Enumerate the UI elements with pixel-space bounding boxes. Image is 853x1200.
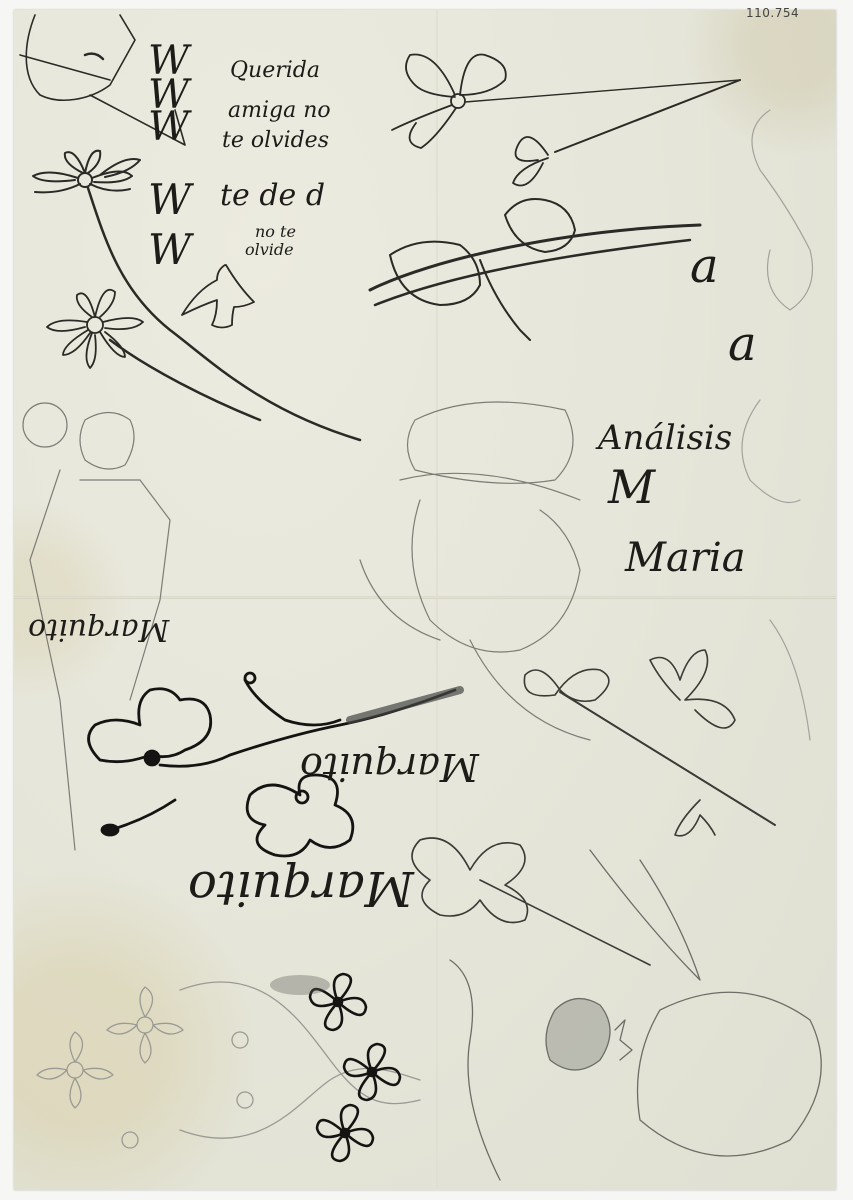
inscription-inverted-marquito: Marquito bbox=[300, 745, 479, 789]
daisy-flower-icon bbox=[47, 290, 260, 420]
inscription-te-olvides: te olvides bbox=[222, 128, 329, 153]
pencil-scroll-icon bbox=[742, 110, 813, 740]
calligraphy-a: a bbox=[728, 316, 757, 372]
inscription-inverted-marquito: Marquito bbox=[28, 612, 169, 647]
calligraphy-m: M bbox=[608, 460, 655, 514]
drawings-layer bbox=[0, 0, 853, 1200]
bow-ribbon-icon bbox=[392, 55, 740, 186]
inscription-no-te: no te bbox=[255, 222, 296, 241]
bow-ribbon-icon bbox=[524, 650, 775, 836]
calligraphy-w: W bbox=[148, 225, 191, 274]
inscription-olvide: olvide bbox=[245, 240, 294, 259]
inscription-amiga-no: amiga no bbox=[228, 98, 331, 123]
inscription-analisis: Análisis bbox=[598, 418, 732, 458]
bird-icon bbox=[182, 265, 254, 328]
calligraphy-a: a bbox=[690, 238, 719, 294]
pencil-flower-icon bbox=[412, 838, 650, 965]
inscription-inverted-marquito: Marquito bbox=[188, 860, 414, 916]
inscription-te-de-d: te de d bbox=[220, 178, 325, 213]
calligraphy-w: W bbox=[148, 175, 191, 224]
cherub-on-branch-icon bbox=[370, 199, 700, 340]
calligraphy-w: W bbox=[148, 104, 189, 150]
woman-profile-sketch-icon bbox=[450, 850, 821, 1180]
inscription-querida: Querida bbox=[230, 58, 320, 83]
inscription-maria: Maria bbox=[625, 535, 746, 581]
man-in-hat-sketch-icon bbox=[360, 402, 590, 740]
